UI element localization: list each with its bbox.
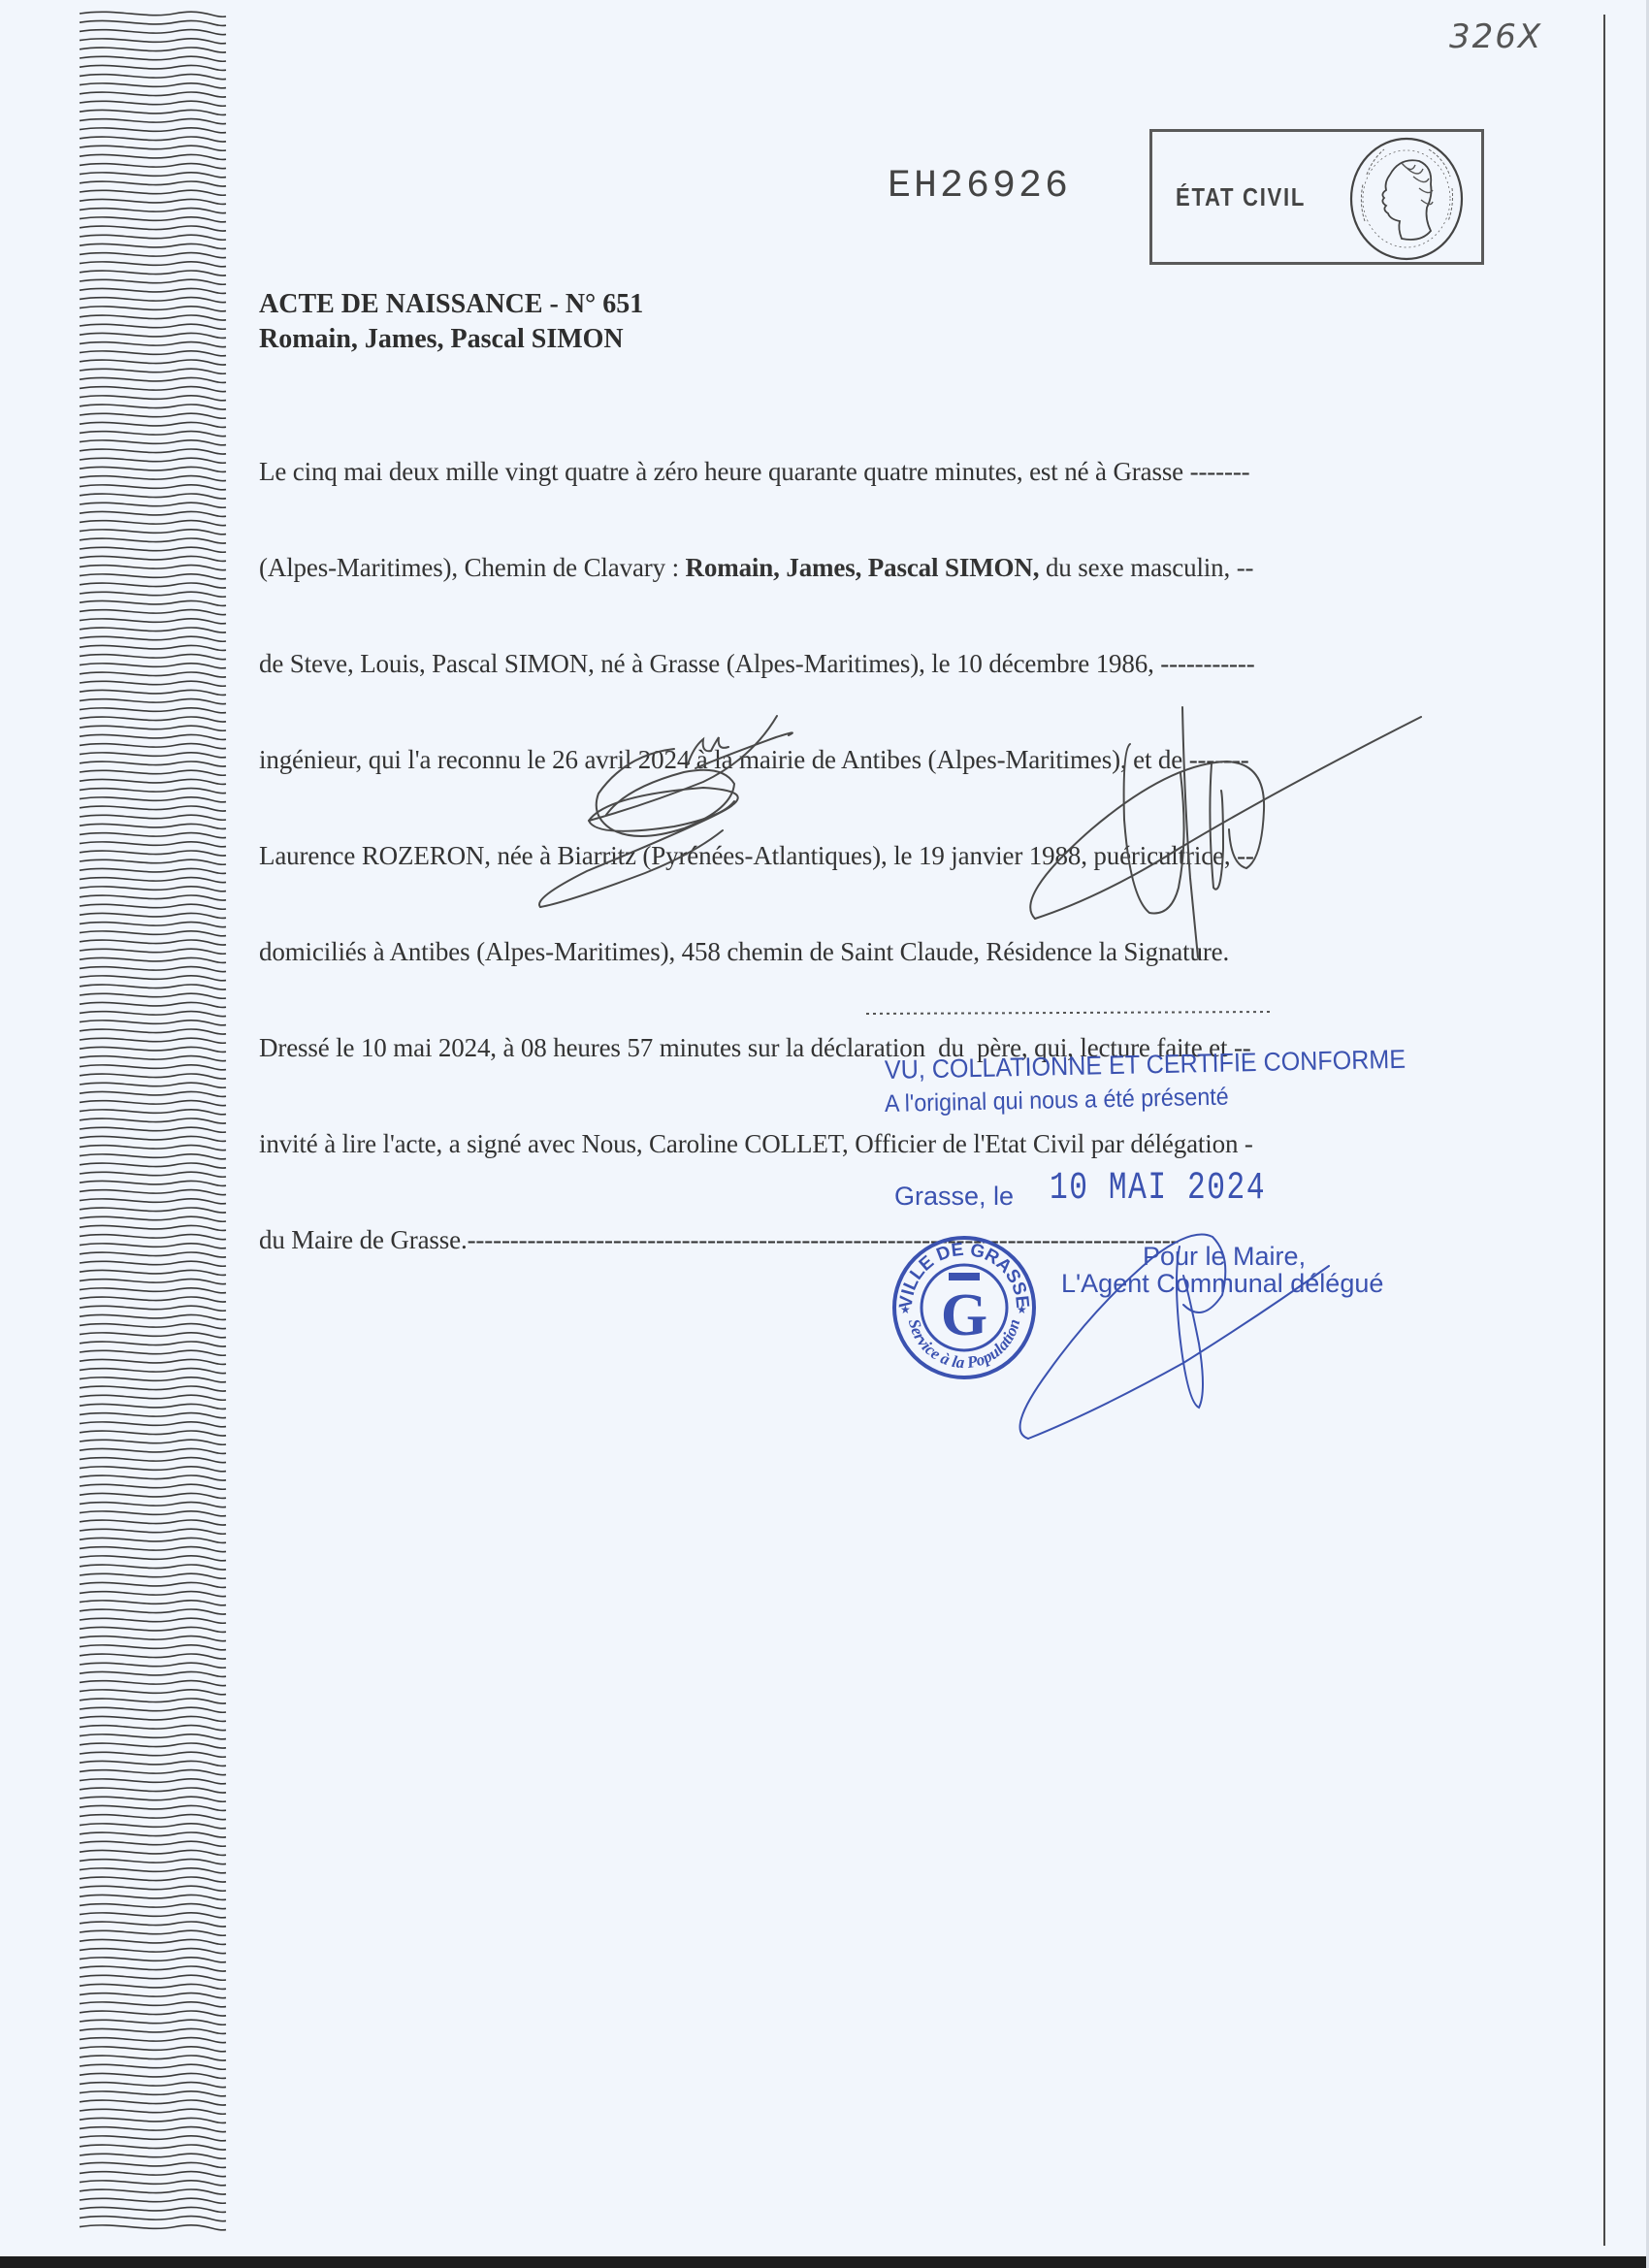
- body-line: invité à lire l'acte, a signé avec Nous,…: [259, 1128, 1404, 1160]
- margin-rule: [1603, 15, 1605, 2246]
- child-name-bold: Romain, James, Pascal SIMON,: [686, 553, 1040, 582]
- svg-text:G: G: [941, 1282, 987, 1348]
- handwritten-reference: 326X: [1449, 17, 1542, 56]
- agent-line: L'Agent Communal délégué: [1061, 1269, 1383, 1299]
- body-line: (Alpes-Maritimes), Chemin de Clavary : R…: [259, 552, 1404, 584]
- body-line: Le cinq mai deux mille vingt quatre à zé…: [259, 456, 1404, 488]
- birth-certificate-page: 326X EH26926 ÉTAT CIVIL ACTE DE NAISSANC…: [0, 0, 1649, 2268]
- register-number: EH26926: [888, 165, 1071, 209]
- certification-date: 10 MAI 2024: [1050, 1167, 1266, 1211]
- officer-signature: [1023, 703, 1431, 975]
- scan-edge: [0, 2256, 1649, 2268]
- security-wave-border: [78, 6, 228, 2237]
- certification-place: Grasse, le: [894, 1182, 1014, 1212]
- declarant-signature: [529, 708, 985, 922]
- mayor-line: Pour le Maire,: [1143, 1242, 1306, 1272]
- etat-civil-header-box: ÉTAT CIVIL: [1149, 129, 1484, 265]
- marianne-seal-icon: [1343, 136, 1470, 262]
- subject-name: Romain, James, Pascal SIMON: [259, 322, 643, 357]
- certificate-heading: ACTE DE NAISSANCE - N° 651 Romain, James…: [259, 287, 643, 357]
- body-line: de Steve, Louis, Pascal SIMON, né à Gras…: [259, 648, 1404, 680]
- certificate-title: ACTE DE NAISSANCE - N° 651: [259, 287, 643, 322]
- svg-text:★: ★: [900, 1303, 911, 1316]
- stamp-ghost-line: [866, 1009, 1274, 1017]
- etat-civil-label: ÉTAT CIVIL: [1176, 182, 1306, 212]
